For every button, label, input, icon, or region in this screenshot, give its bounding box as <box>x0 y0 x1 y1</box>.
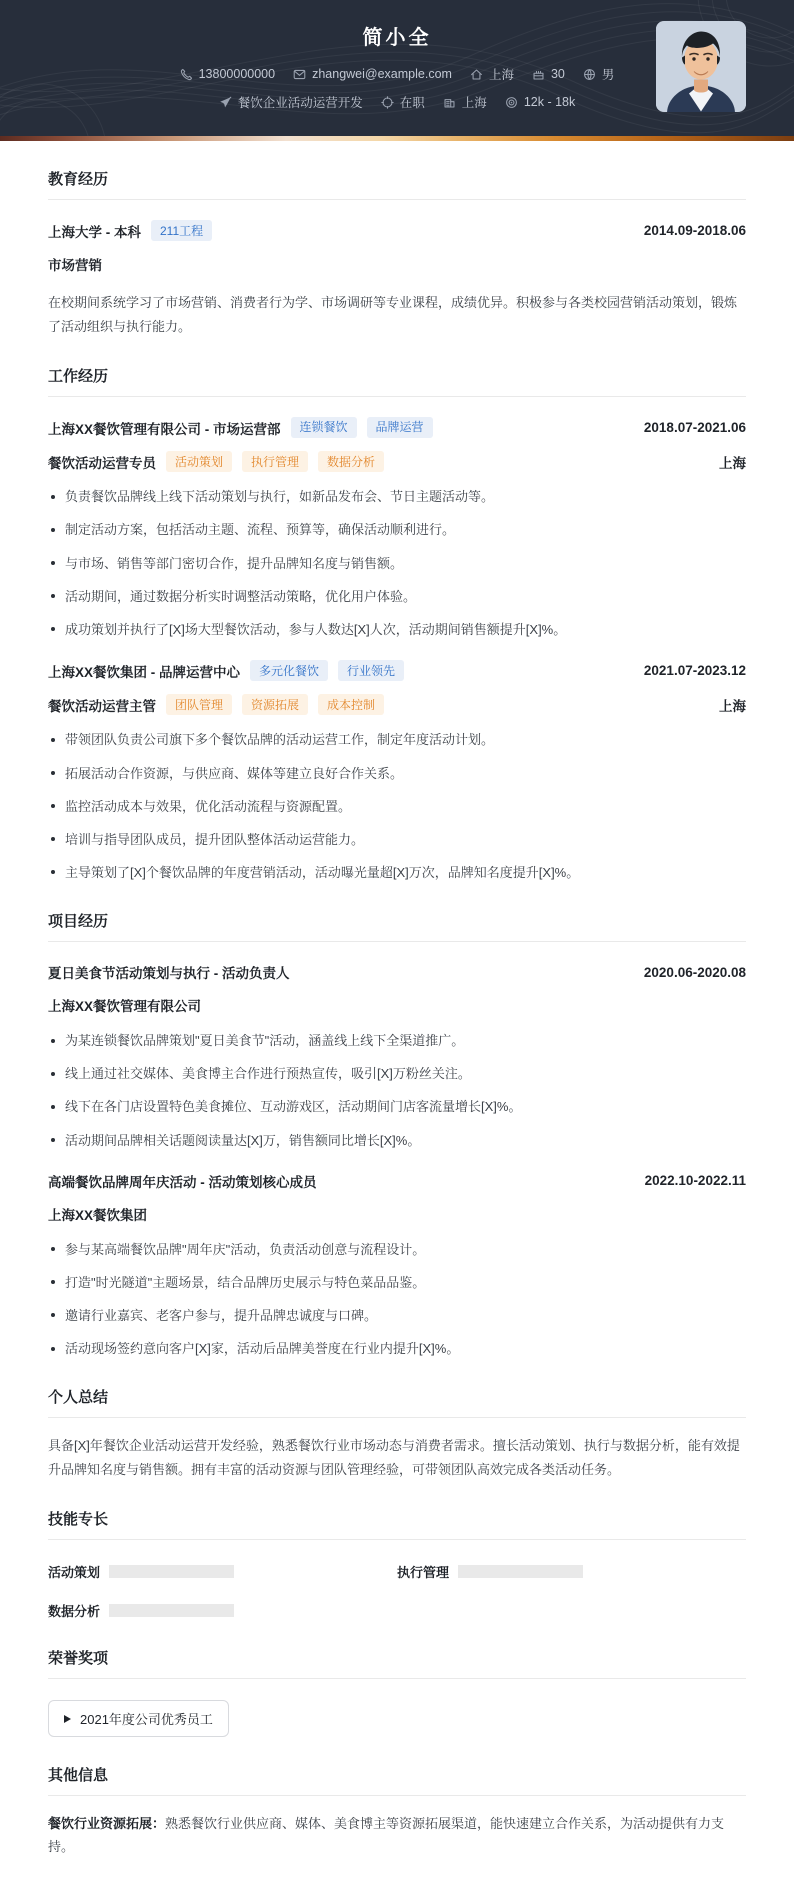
skill-item: 执行管理 <box>397 1562 746 1581</box>
section-title-projects: 项目经历 <box>48 910 746 942</box>
project-bullet: 线下在各门店设置特色美食摊位、互动游戏区，活动期间门店客流量增长[X]%。 <box>48 1097 746 1117</box>
project-org: 上海XX餐饮集团 <box>48 1208 147 1223</box>
work-bullet: 培训与指导团队成员，提升团队整体活动运营能力。 <box>48 830 746 850</box>
phone-icon <box>180 68 193 81</box>
major-name: 市场营销 <box>48 258 102 273</box>
work-bullet: 制定活动方案，包括活动主题、流程、预算等，确保活动顺利进行。 <box>48 520 746 540</box>
skill-bar <box>458 1565 583 1578</box>
role-tag: 团队管理 <box>166 694 232 715</box>
contact-gender: 男 <box>583 65 615 83</box>
work-location: 上海 <box>719 695 746 715</box>
skill-label: 活动策划 <box>48 1562 100 1581</box>
role-tag: 执行管理 <box>242 451 308 472</box>
intent-city: 上海 <box>443 93 487 111</box>
intent-city-text: 上海 <box>462 93 487 111</box>
contact-email-text: zhangwei@example.com <box>312 67 452 81</box>
contact-email: zhangwei@example.com <box>293 67 452 81</box>
skill-label: 数据分析 <box>48 1601 100 1620</box>
education-tag: 211工程 <box>151 220 212 241</box>
education-description: 在校期间系统学习了市场营销、消费者行为学、市场调研等专业课程，成绩优异。积极参与… <box>48 291 746 338</box>
skill-bar <box>109 1604 234 1617</box>
intent-position-text: 餐饮企业活动运营开发 <box>238 93 363 111</box>
work-bullet: 成功策划并执行了[X]场大型餐饮活动，参与人数达[X]人次，活动期间销售额提升[… <box>48 620 746 640</box>
skill-label: 执行管理 <box>397 1562 449 1581</box>
work-bullet: 与市场、销售等部门密切合作，提升品牌知名度与销售额。 <box>48 554 746 574</box>
contact-gender-text: 男 <box>602 65 615 83</box>
position-icon <box>219 96 232 109</box>
project-name: 高端餐饮品牌周年庆活动 - 活动策划核心成员 <box>48 1171 317 1191</box>
project-bullet: 为某连锁餐饮品牌策划"夏日美食节"活动，涵盖线上线下全渠道推广。 <box>48 1031 746 1051</box>
project-bullet: 活动现场签约意向客户[X]家，活动后品牌美誉度在行业内提升[X]%。 <box>48 1339 746 1359</box>
work-date: 2018.07-2021.06 <box>644 420 746 435</box>
intent-status-text: 在职 <box>400 93 425 111</box>
project-entry: 高端餐饮品牌周年庆活动 - 活动策划核心成员 2022.10-2022.11 上… <box>48 1171 746 1360</box>
intent-status: 在职 <box>381 93 425 111</box>
section-skills: 技能专长 活动策划 执行管理 数据分析 <box>48 1508 746 1620</box>
salary-icon <box>505 96 518 109</box>
job-role: 餐饮活动运营主管 <box>48 695 156 715</box>
company-tag: 多元化餐饮 <box>250 660 328 681</box>
section-title-honors: 荣誉奖项 <box>48 1647 746 1679</box>
work-bullet: 负责餐饮品牌线上线下活动策划与执行，如新品发布会、节日主题活动等。 <box>48 487 746 507</box>
work-entry: 上海XX餐饮管理有限公司 - 市场运营部 连锁餐饮 品牌运营 2018.07-2… <box>48 417 746 640</box>
work-bullet: 活动期间，通过数据分析实时调整活动策略，优化用户体验。 <box>48 587 746 607</box>
work-date: 2021.07-2023.12 <box>644 663 746 678</box>
work-bullet: 主导策划了[X]个餐饮品牌的年度营销活动，活动曝光量超[X]万次，品牌知名度提升… <box>48 863 746 883</box>
avatar-photo <box>656 21 746 112</box>
section-title-summary: 个人总结 <box>48 1386 746 1418</box>
company-name: 上海XX餐饮管理有限公司 - 市场运营部 <box>48 418 281 438</box>
job-role: 餐饮活动运营专员 <box>48 452 156 472</box>
project-bullet: 活动期间品牌相关话题阅读量达[X]万，销售额同比增长[X]%。 <box>48 1131 746 1151</box>
skills-grid: 活动策划 执行管理 数据分析 <box>48 1562 746 1620</box>
project-bullet: 邀请行业嘉宾、老客户参与，提升品牌忠诚度与口碑。 <box>48 1306 746 1326</box>
project-bullet: 参与某高端餐饮品牌"周年庆"活动，负责活动创意与流程设计。 <box>48 1240 746 1260</box>
resume-header: 简小全 13800000000 zhangwei@example.com 上海 … <box>0 0 794 141</box>
section-honors: 荣誉奖项 2021年度公司优秀员工 <box>48 1647 746 1737</box>
work-bullet: 带领团队负责公司旗下多个餐饮品牌的活动运营工作，制定年度活动计划。 <box>48 730 746 750</box>
project-bullet-list: 参与某高端餐饮品牌"周年庆"活动，负责活动创意与流程设计。 打造"时光隧道"主题… <box>48 1240 746 1360</box>
project-name: 夏日美食节活动策划与执行 - 活动负责人 <box>48 962 290 982</box>
contact-age-text: 30 <box>551 67 565 81</box>
other-info: 餐饮行业资源拓展：熟悉餐饮行业供应商、媒体、美食博主等资源拓展渠道，能快速建立合… <box>48 1812 746 1859</box>
status-icon <box>381 96 394 109</box>
company-name: 上海XX餐饮集团 - 品牌运营中心 <box>48 661 240 681</box>
work-location: 上海 <box>719 452 746 472</box>
section-title-work: 工作经历 <box>48 365 746 397</box>
play-icon <box>64 1715 71 1723</box>
project-bullet: 线上通过社交媒体、美食博主合作进行预热宣传，吸引[X]万粉丝关注。 <box>48 1064 746 1084</box>
project-date: 2022.10-2022.11 <box>645 1173 746 1188</box>
intent-position: 餐饮企业活动运营开发 <box>219 93 363 111</box>
company-tag: 连锁餐饮 <box>291 417 357 438</box>
skill-item: 活动策划 <box>48 1562 397 1581</box>
company-tag: 品牌运营 <box>367 417 433 438</box>
contact-phone-text: 13800000000 <box>199 67 275 81</box>
intent-salary: 12k - 18k <box>505 95 575 109</box>
work-bullet: 拓展活动合作资源，与供应商、媒体等建立良好合作关系。 <box>48 764 746 784</box>
role-tag: 成本控制 <box>318 694 384 715</box>
intent-salary-text: 12k - 18k <box>524 95 575 109</box>
work-bullet-list: 带领团队负责公司旗下多个餐饮品牌的活动运营工作，制定年度活动计划。 拓展活动合作… <box>48 730 746 883</box>
home-icon <box>470 68 483 81</box>
city-icon <box>443 96 456 109</box>
project-date: 2020.06-2020.08 <box>644 965 746 980</box>
resume-body: 教育经历 上海大学 - 本科 211工程 2014.09-2018.06 市场营… <box>0 168 794 1893</box>
contact-location: 上海 <box>470 65 514 83</box>
project-org: 上海XX餐饮管理有限公司 <box>48 999 201 1014</box>
education-date: 2014.09-2018.06 <box>644 223 746 238</box>
summary-text: 具备[X]年餐饮企业活动运营开发经验，熟悉餐饮行业市场动态与消费者需求。擅长活动… <box>48 1434 746 1481</box>
age-icon <box>532 68 545 81</box>
honor-text: 2021年度公司优秀员工 <box>80 1709 213 1728</box>
honor-badge[interactable]: 2021年度公司优秀员工 <box>48 1700 229 1737</box>
section-other: 其他信息 餐饮行业资源拓展：熟悉餐饮行业供应商、媒体、美食博主等资源拓展渠道，能… <box>48 1764 746 1859</box>
project-bullet-list: 为某连锁餐饮品牌策划"夏日美食节"活动，涵盖线上线下全渠道推广。 线上通过社交媒… <box>48 1031 746 1151</box>
work-entry: 上海XX餐饮集团 - 品牌运营中心 多元化餐饮 行业领先 2021.07-202… <box>48 660 746 883</box>
header-accent-bar <box>0 136 794 141</box>
company-tag: 行业领先 <box>338 660 404 681</box>
section-title-other: 其他信息 <box>48 1764 746 1796</box>
contact-age: 30 <box>532 67 565 81</box>
section-title-education: 教育经历 <box>48 168 746 200</box>
section-work: 工作经历 上海XX餐饮管理有限公司 - 市场运营部 连锁餐饮 品牌运营 2018… <box>48 365 746 883</box>
project-bullet: 打造"时光隧道"主题场景，结合品牌历史展示与特色菜品品鉴。 <box>48 1273 746 1293</box>
section-education: 教育经历 上海大学 - 本科 211工程 2014.09-2018.06 市场营… <box>48 168 746 338</box>
email-icon <box>293 68 306 81</box>
project-entry: 夏日美食节活动策划与执行 - 活动负责人 2020.06-2020.08 上海X… <box>48 962 746 1151</box>
other-info-label: 餐饮行业资源拓展： <box>48 1816 165 1831</box>
skill-item: 数据分析 <box>48 1601 397 1620</box>
work-bullet-list: 负责餐饮品牌线上线下活动策划与执行，如新品发布会、节日主题活动等。 制定活动方案… <box>48 487 746 640</box>
work-bullet: 监控活动成本与效果，优化活动流程与资源配置。 <box>48 797 746 817</box>
contact-location-text: 上海 <box>489 65 514 83</box>
section-summary: 个人总结 具备[X]年餐饮企业活动运营开发经验，熟悉餐饮行业市场动态与消费者需求… <box>48 1386 746 1481</box>
education-entry-head: 上海大学 - 本科 211工程 2014.09-2018.06 <box>48 220 746 241</box>
gender-icon <box>583 68 596 81</box>
school-name: 上海大学 - 本科 <box>48 221 141 241</box>
role-tag: 数据分析 <box>318 451 384 472</box>
avatar <box>656 21 746 112</box>
role-tag: 活动策划 <box>166 451 232 472</box>
section-projects: 项目经历 夏日美食节活动策划与执行 - 活动负责人 2020.06-2020.0… <box>48 910 746 1359</box>
section-title-skills: 技能专长 <box>48 1508 746 1540</box>
role-tag: 资源拓展 <box>242 694 308 715</box>
contact-phone: 13800000000 <box>180 67 275 81</box>
skill-bar <box>109 1565 234 1578</box>
